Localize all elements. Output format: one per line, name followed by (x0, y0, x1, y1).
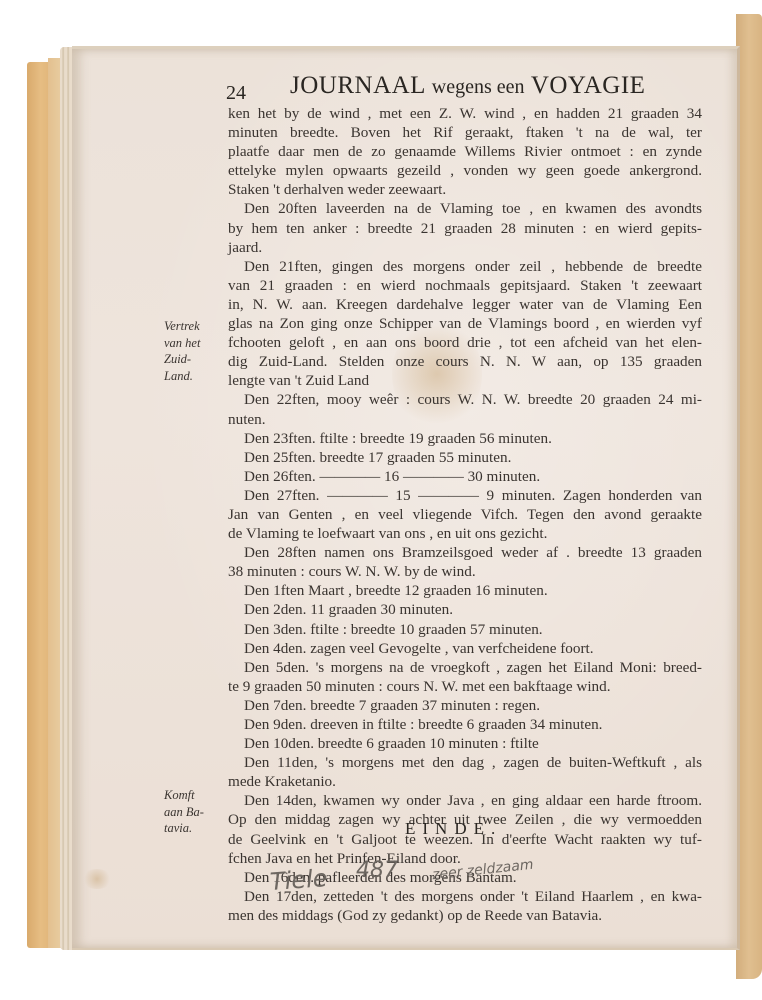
text-line: in, N. W. aan. Kreegen dardehalve legger… (228, 295, 702, 314)
text-line: Den 22ften, mooy weêr : cours W. N. W. b… (228, 390, 702, 409)
side-note-line: van het (164, 335, 200, 352)
text-line: van 21 graaden : en wierd nochmaals gepi… (228, 276, 702, 295)
journal-body-text: ken het by de wind , met een Z. W. wind … (228, 104, 702, 925)
text-line: Den 23ften. ftilte : breedte 19 graaden … (228, 429, 702, 448)
side-note-line: tavia. (164, 820, 204, 837)
text-line: Den 20ften laveerden na de Vlaming toe ,… (228, 199, 702, 218)
running-head-voyagie: VOYAGIE (531, 72, 646, 99)
text-line: te 9 graaden 50 minuten : cours N. W. me… (228, 677, 702, 696)
text-line: Den 21ften, gingen des morgens onder zei… (228, 257, 702, 276)
text-line: jaard. (228, 238, 702, 257)
text-line: Den 2den. 11 graaden 30 minuten. (228, 600, 702, 619)
text-line: Den 28ften namen ons Bramzeilsgoed weder… (228, 543, 702, 562)
pencil-note-number: 487 (356, 858, 398, 883)
side-note-arrival: Komft aan Ba- tavia. (164, 787, 204, 837)
side-note-line: Komft (164, 787, 204, 804)
text-line: Den 14den, kwamen wy onder Java , en gin… (228, 791, 702, 810)
text-line: ken het by de wind , met een Z. W. wind … (228, 104, 702, 123)
text-line: nuten. (228, 410, 702, 429)
text-line: plaatfe daar men de zo genaamde Willems … (228, 142, 702, 161)
text-line: ettelyke mylen opwaarts gezeild , vonden… (228, 161, 702, 180)
running-head-title: JOURNAAL wegens een VOYAGIE (290, 72, 645, 100)
text-line: fchooten geloft , en aan ons boord drie … (228, 333, 702, 352)
side-note-line: Vertrek (164, 318, 200, 335)
foxing-stain (82, 869, 112, 889)
side-note-line: Zuid- (164, 351, 200, 368)
text-line: Den 10den. breedte 6 graaden 10 minuten … (228, 734, 702, 753)
text-line: glas na Zon ging onze Schipper van de Vl… (228, 314, 702, 333)
running-head-wegens: wegens een (432, 76, 525, 98)
text-line: minuten breedte. Boven het Rif geraakt, … (228, 123, 702, 142)
side-note-departure: Vertrek van het Zuid- Land. (164, 318, 200, 384)
text-line: Staken 't derhalven weder zeewaart. (228, 180, 702, 199)
text-line: Den 1ften Maart , breedte 12 graaden 16 … (228, 581, 702, 600)
page-number: 24 (226, 82, 246, 105)
text-line: Den 27ften. ———— 15 ———— 9 minuten. Zage… (228, 486, 702, 505)
text-line: Den 7den. breedte 7 graaden 37 minuten :… (228, 696, 702, 715)
finis-heading: EINDE. (405, 819, 502, 839)
running-head-journaal: JOURNAAL (290, 72, 425, 99)
text-line: men des middags (God zy gedankt) op de R… (228, 906, 702, 925)
text-line: lengte van 't Zuid Land (228, 371, 702, 390)
running-head: 24 JOURNAAL wegens een VOYAGIE (226, 68, 646, 108)
text-line: de Vlaming te loefwaart van ons , en uit… (228, 524, 702, 543)
text-line: Den 4den. zagen veel Gevogelte , van ver… (228, 639, 702, 658)
text-line: Den 9den. dreeven in ftilte : breedte 6 … (228, 715, 702, 734)
text-line: Den 5den. 's morgens na de vroegkoft , z… (228, 658, 702, 677)
text-line: Jan van Genten , en veel vliegende Vifch… (228, 505, 702, 524)
text-line: Den 3den. ftilte : breedte 10 graaden 57… (228, 620, 702, 639)
text-line: dig Zuid-Land. Stelden onze cours N. N. … (228, 352, 702, 371)
text-line: Den 25ften. breedte 17 graaden 55 minute… (228, 448, 702, 467)
text-line: mede Kraketanio. (228, 772, 702, 791)
text-line: by hem ten anker : breedte 21 graaden 28… (228, 219, 702, 238)
side-note-line: Land. (164, 368, 200, 385)
text-line: Den 11den, 's morgens met den dag , zage… (228, 753, 702, 772)
side-note-line: aan Ba- (164, 804, 204, 821)
text-line: Den 26ften. ———— 16 ———— 30 minuten. (228, 467, 702, 486)
pencil-note-word: Tiele (269, 864, 328, 896)
text-line: 38 minuten : cours W. N. W. by de wind. (228, 562, 702, 581)
